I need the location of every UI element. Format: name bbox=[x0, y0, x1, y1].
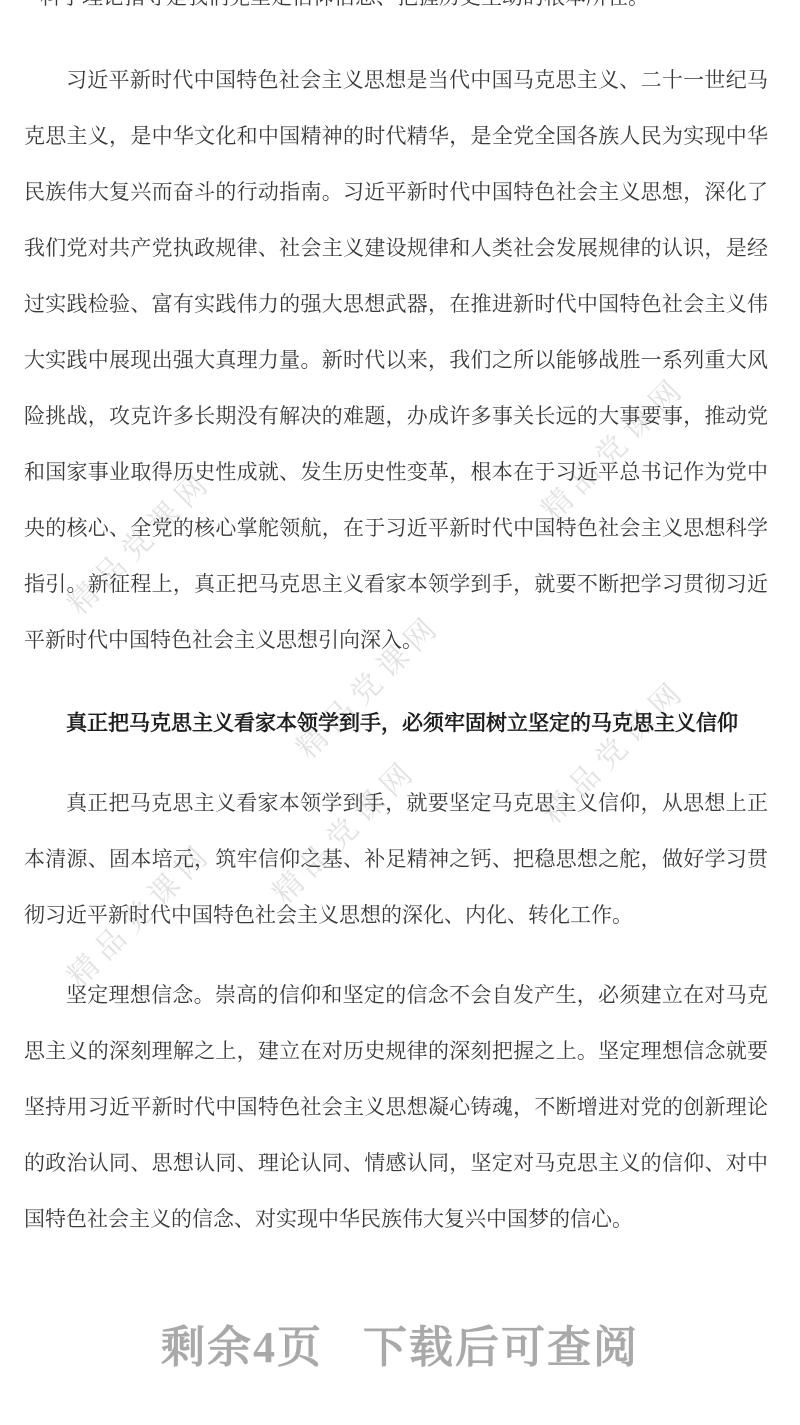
footer-notice: 剩余4页下载后可查阅 bbox=[0, 1323, 800, 1373]
clipped-top-line-text: 科学理论指导是我们党坚定信仰信念、把握历史主动的根本所在。 bbox=[40, 0, 649, 8]
section-heading: 真正把马克思主义看家本领学到手，必须牢固树立坚定的马克思主义信仰 bbox=[24, 696, 768, 752]
clipped-top-line: 科学理论指导是我们党坚定信仰信念、把握历史主动的根本所在。 bbox=[24, 0, 768, 10]
paragraph: 真正把马克思主义看家本领学到手，就要坚定马克思主义信仰，从思想上正本清源、固本培… bbox=[24, 776, 768, 944]
document-preview-page: 精品党课网 精品党课网 精品党课网 精品党课网 精品党课网 精品党课网 科学理论… bbox=[0, 0, 800, 1425]
paragraph: 习近平新时代中国特色社会主义思想是当代中国马克思主义、二十一世纪马克思主义，是中… bbox=[24, 53, 768, 669]
paragraph: 坚定理想信念。崇高的信仰和坚定的信念不会自发产生，必须建立在对马克思主义的深刻理… bbox=[24, 968, 768, 1248]
document-body: 科学理论指导是我们党坚定信仰信念、把握历史主动的根本所在。 习近平新时代中国特色… bbox=[0, 0, 800, 1248]
remaining-pages-label: 剩余4页 bbox=[161, 1323, 323, 1372]
download-hint-label: 下载后可查阅 bbox=[363, 1323, 639, 1372]
